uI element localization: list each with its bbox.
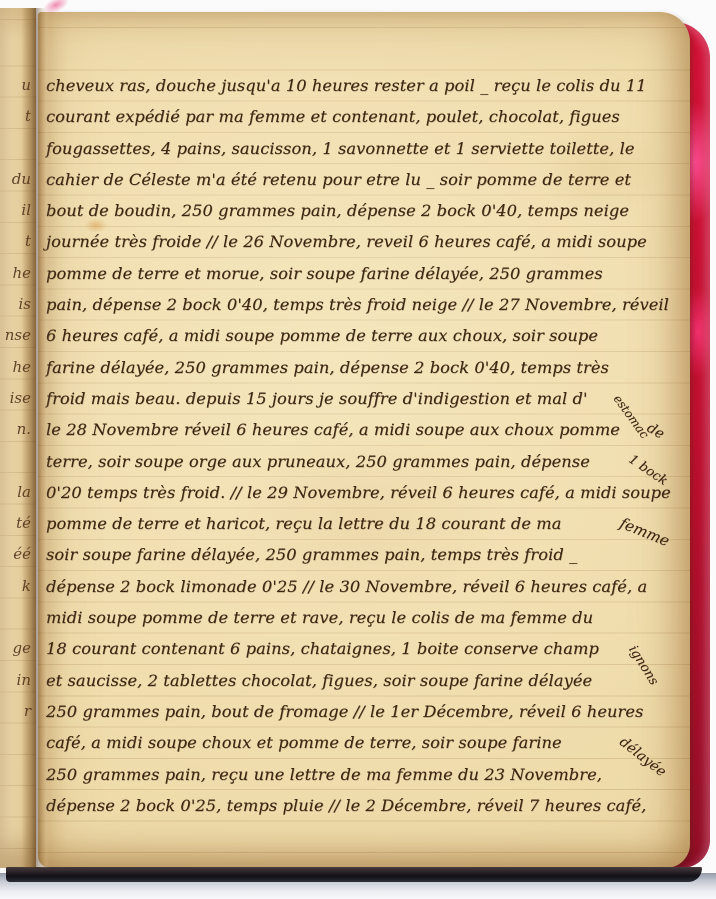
handwriting-line: courant expédié par ma femme et contenan… xyxy=(46,107,682,138)
page-fragment xyxy=(0,452,33,483)
page-fragment: is xyxy=(0,295,33,326)
page-fragment: té xyxy=(0,514,33,545)
handwriting-line: le 28 Novembre réveil 6 heures café, a m… xyxy=(46,420,682,451)
handwriting-line: pain, dépense 2 bock 0'40, temps très fr… xyxy=(46,295,682,326)
handwriting-line: farine délayée, 250 grammes pain, dépens… xyxy=(46,358,682,389)
handwriting-line: cheveux ras, douche jusqu'a 10 heures re… xyxy=(46,76,682,107)
previous-page-edge: u t du il t he is nse he ise n. la té éé… xyxy=(0,8,36,868)
handwriting-line: pomme de terre et haricot, reçu la lettr… xyxy=(46,514,682,545)
diary-page: cheveux ras, douche jusqu'a 10 heures re… xyxy=(38,12,690,868)
page-fragment xyxy=(0,733,33,764)
page-fragment: nse xyxy=(0,326,33,357)
page-fragment: la xyxy=(0,483,33,514)
page-fragment: in xyxy=(0,671,33,702)
page-fragment: t xyxy=(0,232,33,263)
page-fragment: du xyxy=(0,170,33,201)
page-fragment: t xyxy=(0,107,33,138)
page-fragment: k xyxy=(0,577,33,608)
handwriting-line: 18 courant contenant 6 pains, chataignes… xyxy=(46,639,682,670)
handwriting-block: cheveux ras, douche jusqu'a 10 heures re… xyxy=(46,76,682,827)
handwriting-line: terre, soir soupe orge aux pruneaux, 250… xyxy=(46,452,682,483)
handwriting-line: 250 grammes pain, bout de fromage // le … xyxy=(46,702,682,733)
handwriting-line: 0'20 temps très froid. // le 29 Novembre… xyxy=(46,483,682,514)
handwriting-line: midi soupe pomme de terre et rave, reçu … xyxy=(46,608,682,639)
page-fragment: éé xyxy=(0,545,33,576)
page-fragment xyxy=(0,139,33,170)
handwriting-line: et saucisse, 2 tablettes chocolat, figue… xyxy=(46,671,682,702)
page-fragment: n. xyxy=(0,420,33,451)
handwriting-line: dépense 2 bock 0'25, temps pluie // le 2… xyxy=(46,796,682,827)
previous-page-fragments: u t du il t he is nse he ise n. la té éé… xyxy=(0,76,33,827)
cover-bottom-edge xyxy=(6,867,702,882)
page-fragment: ge xyxy=(0,639,33,670)
page-fragment: u xyxy=(0,76,33,107)
page-fragment: ise xyxy=(0,389,33,420)
page-fragment: he xyxy=(0,264,33,295)
handwriting-line: froid mais beau. depuis 15 jours je souf… xyxy=(46,389,682,420)
handwriting-line: café, a midi soupe choux et pomme de ter… xyxy=(46,733,682,764)
handwriting-line: 250 grammes pain, reçu une lettre de ma … xyxy=(46,765,682,796)
handwriting-line: cahier de Céleste m'a été retenu pour et… xyxy=(46,170,682,201)
page-fragment: il xyxy=(0,201,33,232)
handwriting-line: pomme de terre et morue, soir soupe fari… xyxy=(46,264,682,295)
handwriting-line: soir soupe farine délayée, 250 grammes p… xyxy=(46,545,682,576)
handwriting-line: dépense 2 bock limonade 0'25 // le 30 No… xyxy=(46,577,682,608)
page-fragment xyxy=(0,765,33,796)
page-fragment xyxy=(0,608,33,639)
page-fragment: he xyxy=(0,358,33,389)
handwriting-line: 6 heures café, a midi soupe pomme de ter… xyxy=(46,326,682,357)
handwriting-line: fougassettes, 4 pains, saucisson, 1 savo… xyxy=(46,139,682,170)
scanned-notebook-spread: u t du il t he is nse he ise n. la té éé… xyxy=(0,0,716,899)
page-fragment: r xyxy=(0,702,33,733)
page-fragment xyxy=(0,796,33,827)
handwriting-line: bout de boudin, 250 grammes pain, dépens… xyxy=(46,201,682,232)
handwriting-line: journée très froide // le 26 Novembre, r… xyxy=(46,232,682,263)
